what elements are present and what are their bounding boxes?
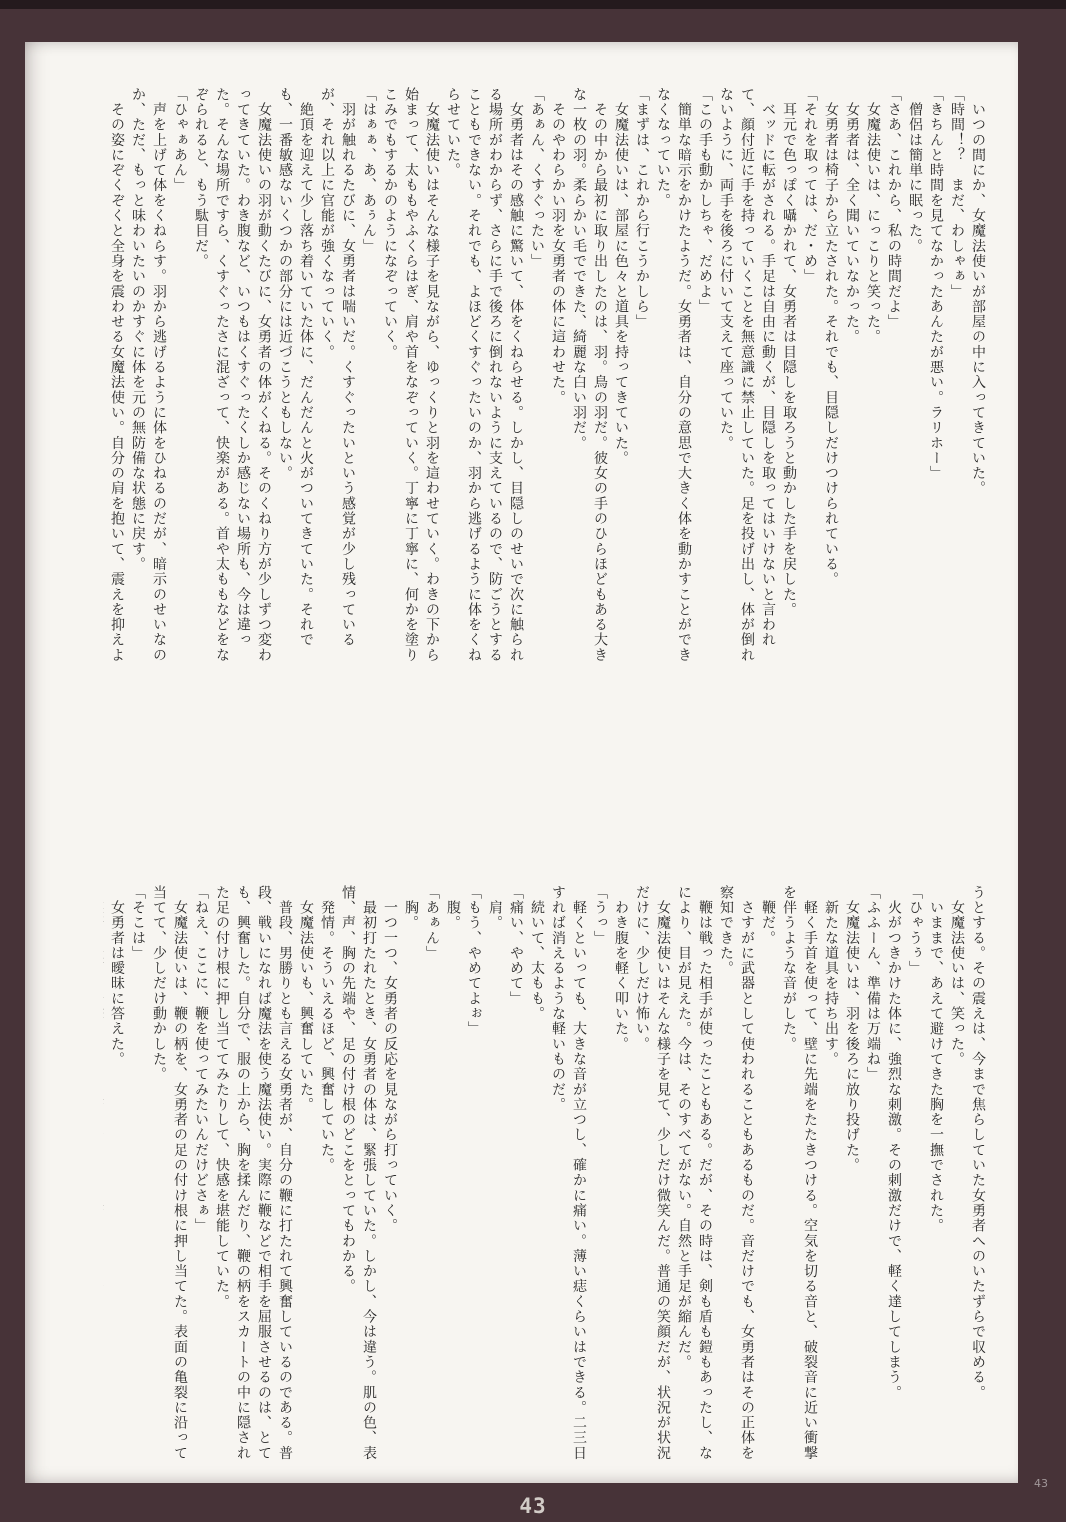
paragraph: そのやわらかい羽を女勇者の体に這わせた。 <box>547 87 568 669</box>
story-text-bottom-block: うとする。その震えは、今まで焦らしていた女勇者へのいたずらで収める。 女魔法使い… <box>103 885 988 1465</box>
paragraph: 火がつきかけた体に、強烈な刺激。その刺激だけで、軽く達してしまう。 <box>883 885 904 1465</box>
paragraph: 「ふふーん、準備は万端ね」 <box>862 885 883 1465</box>
paragraph: 「時間！？ まだ、わしゃぁ」 <box>946 87 967 669</box>
paper-page: いつの間にか、女魔法使いが部屋の中に入ってきていた。「時間！？ まだ、わしゃぁ」… <box>25 42 1018 1483</box>
paragraph: 女勇者は椅子から立たされた。それでも、目隠しだけつけられている。 <box>820 87 841 669</box>
scanned-doujin-page: いつの間にか、女魔法使いが部屋の中に入ってきていた。「時間！？ まだ、わしゃぁ」… <box>0 0 1066 1522</box>
paragraph: さすがに武器として使われることもあるものだ。音だけでも、女勇者はその正体を察知で… <box>715 885 757 1465</box>
paragraph: 一つ一つ、女勇者の反応を見ながら打っていく。 <box>379 885 400 1465</box>
paragraph: 女勇者はその感触に驚いて、体をくねらせる。しかし、目隠しのせいで次に触られる場所… <box>442 87 526 669</box>
paragraph: 「きちんと時間を見てなかったあんたが悪い。ラリホー」 <box>925 87 946 669</box>
paragraph: 女魔法使いは、部屋に色々と道具を持ってきていた。 <box>610 87 631 669</box>
paragraph: 肩。 <box>484 885 505 1465</box>
paragraph: 女魔法使いは、羽を後ろに放り投げた。 <box>841 885 862 1465</box>
paragraph: いつの間にか、女魔法使いが部屋の中に入ってきていた。 <box>967 87 988 669</box>
paragraph: 軽くといっても、大きな音が立つし、確かに痛い。薄い痣くらいはできる。二三日すれば… <box>547 885 589 1465</box>
paragraph: 「痛い、やめて」 <box>505 885 526 1465</box>
paragraph: 女魔法使いは、鞭の柄を、女勇者の足の付け根に押し当てた。表面の亀裂に沿って当てて… <box>148 885 190 1465</box>
paragraph: 女勇者は、全く聞いていなかった。 <box>841 87 862 669</box>
paragraph: 女魔法使いの羽が動くたびに、女勇者の体がくねる。そのくねり方が少しずつ変わってき… <box>190 87 274 669</box>
paragraph: 羽が触れるたびに、女勇者は喘いだ。くすぐったいという感覚が少し残っているが、それ… <box>316 87 358 669</box>
paragraph: 胸。 <box>400 885 421 1465</box>
paragraph: 最初打たれたとき、女勇者の体は、緊張していた。しかし、今は違う。肌の色、表情、声… <box>337 885 379 1465</box>
paragraph: 簡単な暗示をかけたようだ。女勇者は、自分の意思で大きく体を動かすことができなくな… <box>652 87 694 669</box>
paragraph: 女魔法使いは、にっこりと笑った。 <box>862 87 883 669</box>
paragraph: 「ひゃうぅ」 <box>904 885 925 1465</box>
paragraph: 僧侶は簡単に眠った。 <box>904 87 925 669</box>
paragraph: ベッドに転がされる。手足は自由に動くが、目隠しを取ってはいけないと言われて、顔付… <box>715 87 778 669</box>
paragraph: 軽く手首を使って、壁に先端をたたきつける。空気を切る音と、破裂音に近い衝撃を伴う… <box>778 885 820 1465</box>
paragraph: その姿にぞくぞくと全身を震わせる女魔法使い。自分の肩を抱いて、震えを抑えよ <box>106 87 127 669</box>
paragraph: 発情。そういえるほど、興奮していた。 <box>316 885 337 1465</box>
paragraph: 女魔法使いは、笑った。 <box>946 885 967 1465</box>
paragraph: 「ひゃぁあん」 <box>169 87 190 669</box>
paragraph: 「はぁぁ、あ、あぅん」 <box>358 87 379 669</box>
paragraph: 絶頂を迎えて少し落ち着いていた体に、だんだんと火がついてきていた。それでも、一番… <box>274 87 316 669</box>
paragraph: いままで、あえて避けてきた胸を一撫でされた。 <box>925 885 946 1465</box>
scan-edge-strip <box>0 0 1066 9</box>
paragraph: わき腹を軽く叩いた。 <box>610 885 631 1465</box>
paragraph: その中から最初に取り出したのは、羽。鳥の羽だ。彼女の手のひらほどもある大きな一枚… <box>568 87 610 669</box>
paragraph: 「うっ」 <box>589 885 610 1465</box>
paragraph: 続いて、太もも。 <box>526 885 547 1465</box>
paragraph: うとする。その震えは、今まで焦らしていた女勇者へのいたずらで収める。 <box>967 885 988 1465</box>
paragraph: 女魔法使いはそんな様子を見て、少しだけ微笑んだ。普通の笑顔だが、状況が状況だけに… <box>631 885 673 1465</box>
paragraph: 女魔法使いも、興奮していた。 <box>295 885 316 1465</box>
page-number-center: 43 <box>508 1494 558 1518</box>
paragraph: 「さあ、これから、私の時間だよ」 <box>883 87 904 669</box>
paragraph: 「あぁん」 <box>421 885 442 1465</box>
paragraph: 「そこは」 <box>127 885 148 1465</box>
paragraph: 腹。 <box>442 885 463 1465</box>
paragraph: 「あぁん、くすぐったい」 <box>526 87 547 669</box>
paragraph: 鞭だ。 <box>757 885 778 1465</box>
paragraph: 新たな道具を持ち出す。 <box>820 885 841 1465</box>
paragraph: 鞭は戦った相手が使ったこともある。だが、その時は、剣も盾も鎧もあったし、なにより… <box>673 885 715 1465</box>
paragraph: 「この手も動かしちゃ、だめよ」 <box>694 87 715 669</box>
paragraph: 「まずは、これから行こうかしら」 <box>631 87 652 669</box>
page-number-corner: 43 <box>1034 1477 1048 1490</box>
paragraph: 女魔法使いはそんな様子を見ながら、ゆっくりと羽を這わせていく。わきの下から始まっ… <box>379 87 442 669</box>
paragraph: 「それを取っては、だ・め」 <box>799 87 820 669</box>
paragraph: 「ねえ、ここに、鞭を使ってみたいんだけどさぁ」 <box>190 885 211 1465</box>
paragraph: 耳元で色っぽく囁かれて、女勇者は目隠しを取ろうと動かした手を戻した。 <box>778 87 799 669</box>
paragraph: 声を上げて体をくねらす。羽から逃げるように体をひねるのだが、暗示のせいなのか、た… <box>127 87 169 669</box>
paragraph: 普段、男勝りとも言える女勇者が、自分の鞭に打たれて興奮しているのである。普段、戦… <box>211 885 295 1465</box>
paragraph: 「もう、やめてよぉ」 <box>463 885 484 1465</box>
paragraph: 実際、最初の一撃はとても、怖かった。ただ怖いだけだった。 <box>103 885 106 1465</box>
paragraph: 女勇者は曖昧に答えた。 <box>106 885 127 1465</box>
story-text-top-block: いつの間にか、女魔法使いが部屋の中に入ってきていた。「時間！？ まだ、わしゃぁ」… <box>88 87 988 669</box>
